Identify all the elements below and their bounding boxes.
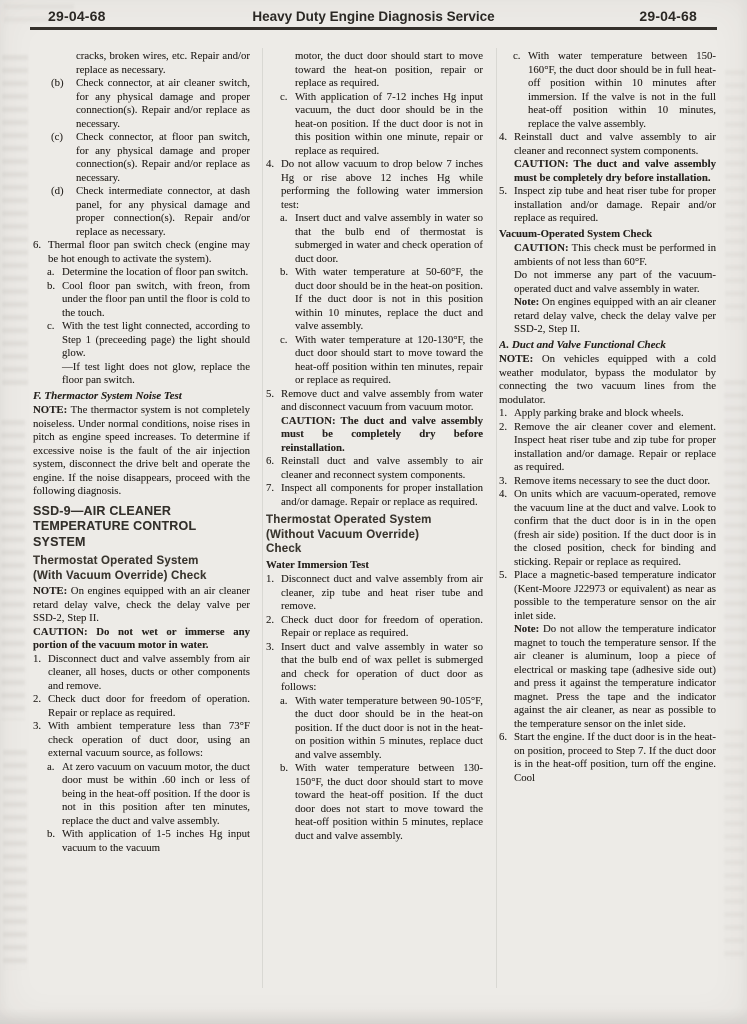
list-item: 4.Reinstall duct and valve assembly to a…: [499, 131, 716, 158]
list-marker: 4.: [266, 158, 281, 172]
page-bottom-shadow: [0, 1008, 747, 1024]
caution-paragraph: CAUTION: The duct and valve assembly mus…: [499, 158, 716, 185]
list-marker: 3.: [266, 641, 281, 655]
bold-lead: NOTE:: [499, 353, 542, 365]
list-marker: a.: [280, 212, 295, 226]
bold-lead: NOTE:: [33, 404, 71, 416]
list-item: 4.On units which are vacuum-operated, re…: [499, 488, 716, 569]
list-marker: 5.: [499, 185, 514, 199]
bold-lead: NOTE:: [33, 585, 71, 597]
list-marker: a.: [47, 761, 62, 775]
list-item: 4.Do not allow vacuum to drop below 7 in…: [266, 158, 483, 212]
list-marker: 3.: [499, 475, 514, 489]
note-paragraph: NOTE: On engines equipped with an air cl…: [33, 585, 250, 626]
note-paragraph: Note: On engines equipped with an air cl…: [499, 296, 716, 337]
subsection-heading: Water Immersion Test: [266, 559, 483, 573]
list-item: 5.Inspect zip tube and heat riser tube f…: [499, 185, 716, 226]
caution-paragraph: CAUTION: This check must be performed in…: [499, 242, 716, 269]
list-marker: 6.: [33, 239, 48, 253]
bold-lead: Note:: [514, 296, 542, 308]
list-marker: c.: [280, 334, 295, 348]
note-paragraph: NOTE: On vehicles equipped with a cold w…: [499, 353, 716, 407]
subsection-heading: Thermostat Operated System (With Vacuum …: [33, 554, 250, 583]
text-column-2: motor, the duct door should start to mov…: [266, 50, 483, 995]
bleed-through-artifact: [3, 750, 27, 970]
list-item: c.With water temperature at 120-130°F, t…: [266, 334, 483, 388]
list-marker: 5.: [499, 569, 514, 583]
list-marker: b.: [280, 762, 295, 776]
paragraph: motor, the duct door should start to mov…: [266, 50, 483, 91]
list-item: 2.Check duct door for freedom of operati…: [33, 693, 250, 720]
list-item: b.Cool floor pan switch, with freon, fro…: [33, 280, 250, 321]
list-item: 3.Remove items necessary to see the duct…: [499, 475, 716, 489]
list-item: 2.Check duct door for freedom of operati…: [266, 614, 483, 641]
list-item: a.With water temperature between 90-105°…: [266, 695, 483, 763]
paragraph: cracks, broken wires, etc. Repair and/or…: [33, 50, 250, 77]
list-item: c.With application of 7-12 inches Hg inp…: [266, 91, 483, 159]
list-marker: 2.: [266, 614, 281, 628]
list-item: (d)Check intermediate connector, at dash…: [33, 185, 250, 239]
list-item: c.With water temperature between 150-160…: [499, 50, 716, 131]
list-marker: (b): [51, 77, 76, 91]
list-item: c.With the test light connected, accordi…: [33, 320, 250, 361]
list-item: 1.Disconnect duct and valve assembly fro…: [266, 573, 483, 614]
page-code-right: 29-04-68: [639, 8, 697, 24]
list-item: 1.Disconnect duct and valve assembly fro…: [33, 653, 250, 694]
subsection-heading: Thermostat Operated System (Without Vacu…: [266, 513, 483, 557]
list-item: b.With water temperature at 50-60°F, the…: [266, 266, 483, 334]
list-item: 1.Apply parking brake and block wheels.: [499, 407, 716, 421]
list-marker: 1.: [499, 407, 514, 421]
bold-lead: CAUTION:: [514, 242, 572, 254]
list-marker: 1.: [266, 573, 281, 587]
list-marker: c.: [47, 320, 62, 334]
text-columns: cracks, broken wires, etc. Repair and/or…: [33, 50, 717, 995]
list-item: 2.Remove the air cleaner cover and eleme…: [499, 421, 716, 475]
list-marker: 6.: [266, 455, 281, 469]
list-item: a.Determine the location of floor pan sw…: [33, 266, 250, 280]
list-marker: 4.: [499, 131, 514, 145]
list-marker: b.: [47, 828, 62, 842]
bleed-through-artifact: [725, 70, 745, 330]
list-marker: 2.: [33, 693, 48, 707]
list-marker: b.: [280, 266, 295, 280]
list-marker: c.: [513, 50, 528, 64]
caution-paragraph: CAUTION: Do not wet or immerse any porti…: [33, 626, 250, 653]
list-item: (c)Check connector, at floor pan switch,…: [33, 131, 250, 185]
list-marker: 4.: [499, 488, 514, 502]
list-item: 5.Place a magnetic-based temperature ind…: [499, 569, 716, 623]
note-paragraph: NOTE: The thermactor system is not compl…: [33, 404, 250, 499]
text-column-1: cracks, broken wires, etc. Repair and/or…: [33, 50, 250, 995]
bold-lead: Note:: [514, 623, 543, 635]
list-item: 3.Insert duct and valve assembly in wate…: [266, 641, 483, 695]
page-title: Heavy Duty Engine Diagnosis Service: [0, 9, 747, 24]
subsection-heading: A. Duct and Valve Functional Check: [499, 339, 716, 353]
text-column-3: c.With water temperature between 150-160…: [499, 50, 716, 995]
list-item: 3.With ambient temperature less than 73°…: [33, 720, 250, 761]
bleed-through-artifact: [2, 55, 28, 385]
paragraph: Do not immerse any part of the vacuum-op…: [499, 269, 716, 296]
paragraph: —If test light does not glow, replace th…: [33, 361, 250, 388]
section-heading: SSD-9—AIR CLEANER TEMPERATURE CONTROL SY…: [33, 504, 250, 551]
list-item: b.With application of 1-5 inches Hg inpu…: [33, 828, 250, 855]
list-marker: 1.: [33, 653, 48, 667]
list-marker: b.: [47, 280, 62, 294]
list-item: 6.Thermal floor pan switch check (engine…: [33, 239, 250, 266]
list-marker: 7.: [266, 482, 281, 496]
bleed-through-artifact: [724, 730, 744, 960]
list-marker: (d): [51, 185, 76, 199]
list-item: a.At zero vacuum on vacuum motor, the du…: [33, 761, 250, 829]
subsection-heading: Vacuum-Operated System Check: [499, 228, 716, 242]
bleed-through-artifact: [1, 420, 25, 720]
manual-page: 29-04-68 Heavy Duty Engine Diagnosis Ser…: [0, 0, 747, 1024]
list-item: a.Insert duct and valve assembly in wate…: [266, 212, 483, 266]
list-item: 7.Inspect all components for proper inst…: [266, 482, 483, 509]
bleed-through-artifact: [724, 380, 746, 700]
list-item: (b)Check connector, at air cleaner switc…: [33, 77, 250, 131]
list-marker: 3.: [33, 720, 48, 734]
caution-paragraph: CAUTION: The duct and valve assembly mus…: [266, 415, 483, 456]
header-rule: [30, 27, 717, 30]
list-marker: a.: [47, 266, 62, 280]
list-item: 6.Reinstall duct and valve assembly to a…: [266, 455, 483, 482]
list-marker: 2.: [499, 421, 514, 435]
note-paragraph: Note: Do not allow the temperature indic…: [499, 623, 716, 731]
subsection-heading: F. Thermactor System Noise Test: [33, 390, 250, 404]
list-item: 6.Start the engine. If the duct door is …: [499, 731, 716, 785]
list-item: b.With water temperature between 130-150…: [266, 762, 483, 843]
list-marker: c.: [280, 91, 295, 105]
list-marker: 6.: [499, 731, 514, 745]
list-marker: 5.: [266, 388, 281, 402]
list-marker: (c): [51, 131, 76, 145]
list-marker: a.: [280, 695, 295, 709]
list-item: 5.Remove duct and valve assembly from wa…: [266, 388, 483, 415]
